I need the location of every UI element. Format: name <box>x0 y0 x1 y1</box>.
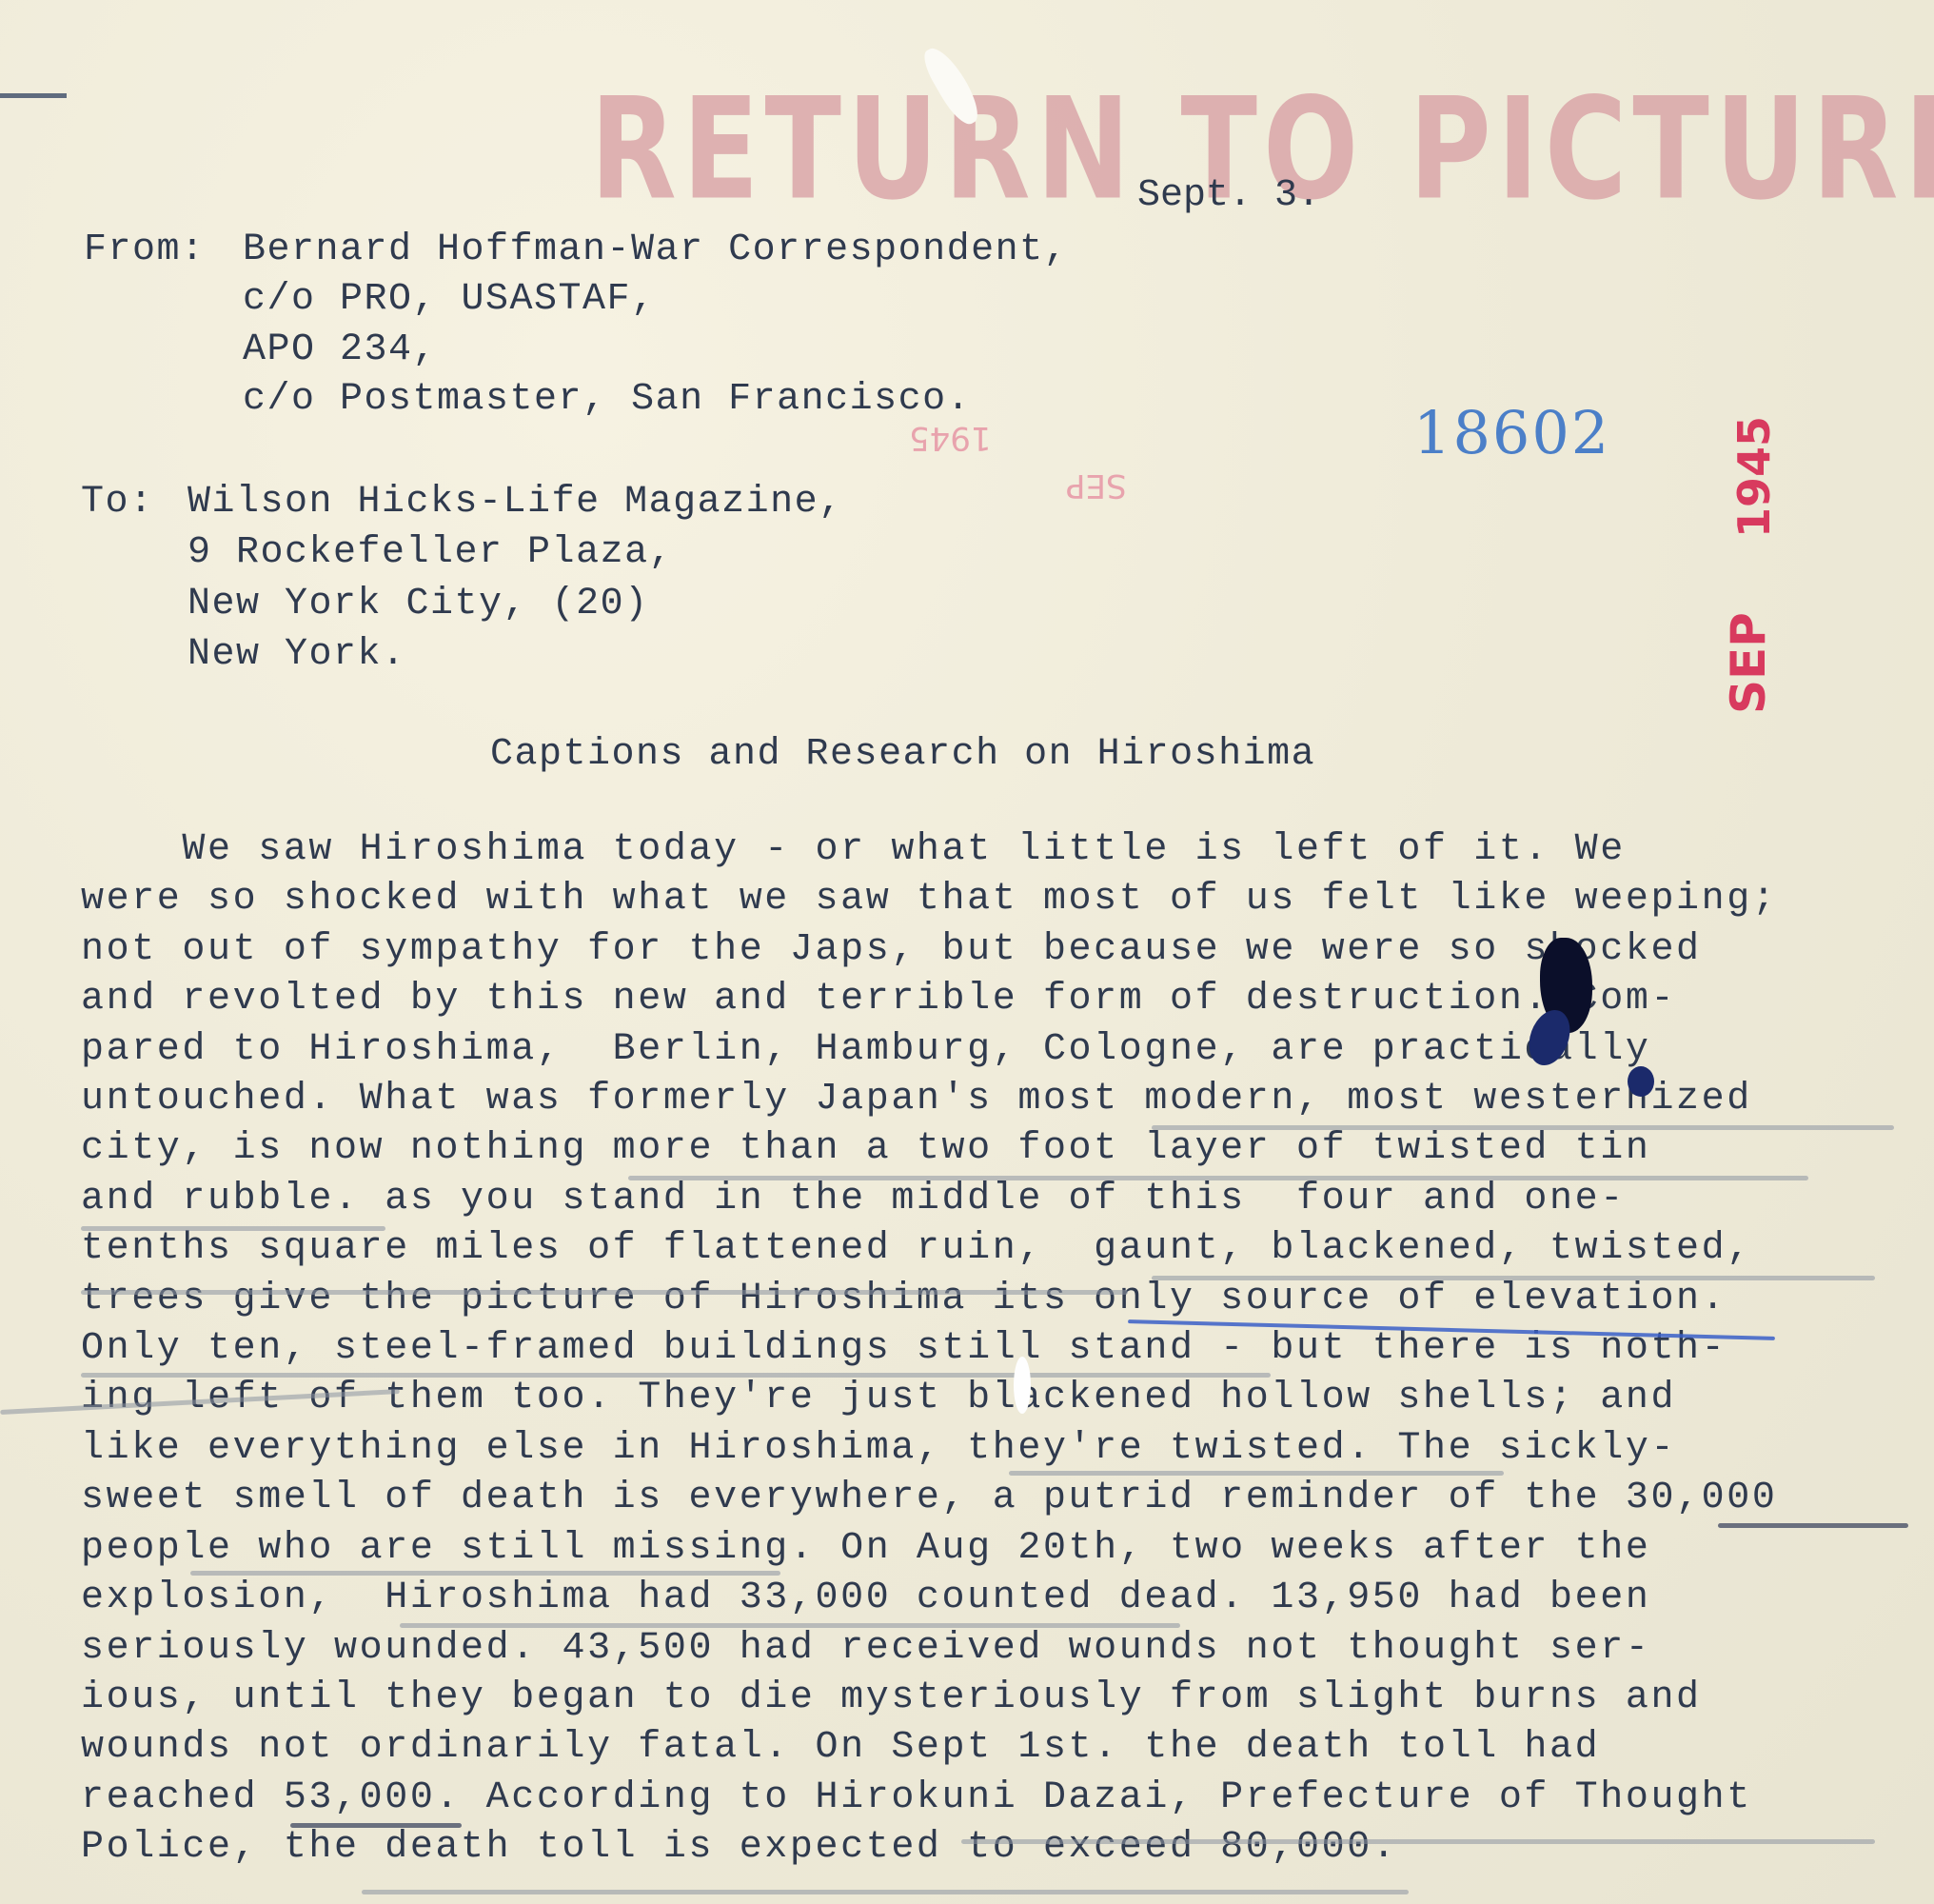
body-line-9: tenths square miles of flattened ruin, g… <box>81 1227 1752 1270</box>
pencil-underline <box>1009 1471 1504 1476</box>
pencil-underline <box>81 1226 385 1231</box>
body-line-16: explosion, Hiroshima had 33,000 counted … <box>81 1577 1650 1619</box>
from-line-1: Bernard Hoffman-War Correspondent, <box>243 228 1068 271</box>
pencil-underline <box>81 1290 1128 1295</box>
body-line-17: seriously wounded. 43,500 had received w… <box>81 1627 1650 1670</box>
to-line-3: New York City, (20) <box>187 583 649 625</box>
body-line-14: sweet smell of death is everywhere, a pu… <box>81 1477 1777 1519</box>
pencil-underline <box>1718 1523 1908 1528</box>
body-line-20: reached 53,000. According to Hirokuni Da… <box>81 1776 1752 1819</box>
faint-year-stamp: 1945 <box>909 419 992 457</box>
body-line-4: and revolted by this new and terrible fo… <box>81 978 1676 1021</box>
body-line-19: wounds not ordinarily fatal. On Sept 1st… <box>81 1726 1600 1769</box>
body-line-8: and rubble. as you stand in the middle o… <box>81 1178 1626 1220</box>
to-line-1: Wilson Hicks-Life Magazine, <box>187 481 843 524</box>
to-line-2: 9 Rockefeller Plaza, <box>187 531 673 574</box>
body-line-11: Only ten, steel-framed buildings still s… <box>81 1327 1727 1370</box>
from-line-4: c/o Postmaster, San Francisco. <box>243 378 971 421</box>
typed-letter-page: RETURN TO PICTURE MORGUE Sept. 3. From: … <box>0 0 1934 1904</box>
margin-mark <box>0 93 67 98</box>
pencil-underline <box>1152 1125 1894 1130</box>
body-line-1: We saw Hiroshima today - or what little … <box>81 828 1626 871</box>
received-year-stamp: 1945 <box>1728 416 1780 538</box>
pencil-underline <box>1152 1276 1875 1280</box>
body-line-21: Police, the death toll is expected to ex… <box>81 1826 1397 1869</box>
pencil-underline <box>400 1623 1180 1628</box>
from-label: From: <box>84 228 206 271</box>
pencil-underline <box>362 1890 1409 1894</box>
body-line-7: city, is now nothing more than a two foo… <box>81 1127 1650 1170</box>
body-line-18: ious, until they began to die mysterious… <box>81 1676 1702 1719</box>
body-line-12: ing left of them too. They're just black… <box>81 1377 1676 1419</box>
letter-date: Sept. 3. <box>1137 174 1320 217</box>
pencil-underline <box>190 1571 780 1576</box>
faint-month-stamp: SEP <box>1066 466 1127 505</box>
body-line-6: untouched. What was formerly Japan's mos… <box>81 1078 1752 1121</box>
pencil-underline <box>290 1823 462 1828</box>
body-line-13: like everything else in Hiroshima, they'… <box>81 1427 1676 1470</box>
from-line-3: APO 234, <box>243 328 437 371</box>
document-title: Captions and Research on Hiroshima <box>490 733 1315 776</box>
from-line-2: c/o PRO, USASTAF, <box>243 278 656 321</box>
body-line-5: pared to Hiroshima, Berlin, Hamburg, Col… <box>81 1028 1650 1071</box>
body-line-10: trees give the picture of Hiroshima its … <box>81 1278 1727 1320</box>
file-number-stamp: 18602 <box>1413 398 1610 467</box>
body-line-2: were so shocked with what we saw that mo… <box>81 878 1777 921</box>
ink-blot <box>1628 1066 1654 1097</box>
pencil-underline <box>628 1176 1808 1180</box>
paper-hole <box>1014 1357 1031 1414</box>
pencil-underline <box>961 1839 1875 1844</box>
to-line-4: New York. <box>187 633 406 676</box>
body-line-15: people who are still missing. On Aug 20t… <box>81 1527 1650 1570</box>
pencil-underline <box>81 1373 1271 1378</box>
body-line-3: not out of sympathy for the Japs, but be… <box>81 928 1702 971</box>
to-label: To: <box>81 481 154 524</box>
received-month-stamp: SEP <box>1721 612 1776 714</box>
